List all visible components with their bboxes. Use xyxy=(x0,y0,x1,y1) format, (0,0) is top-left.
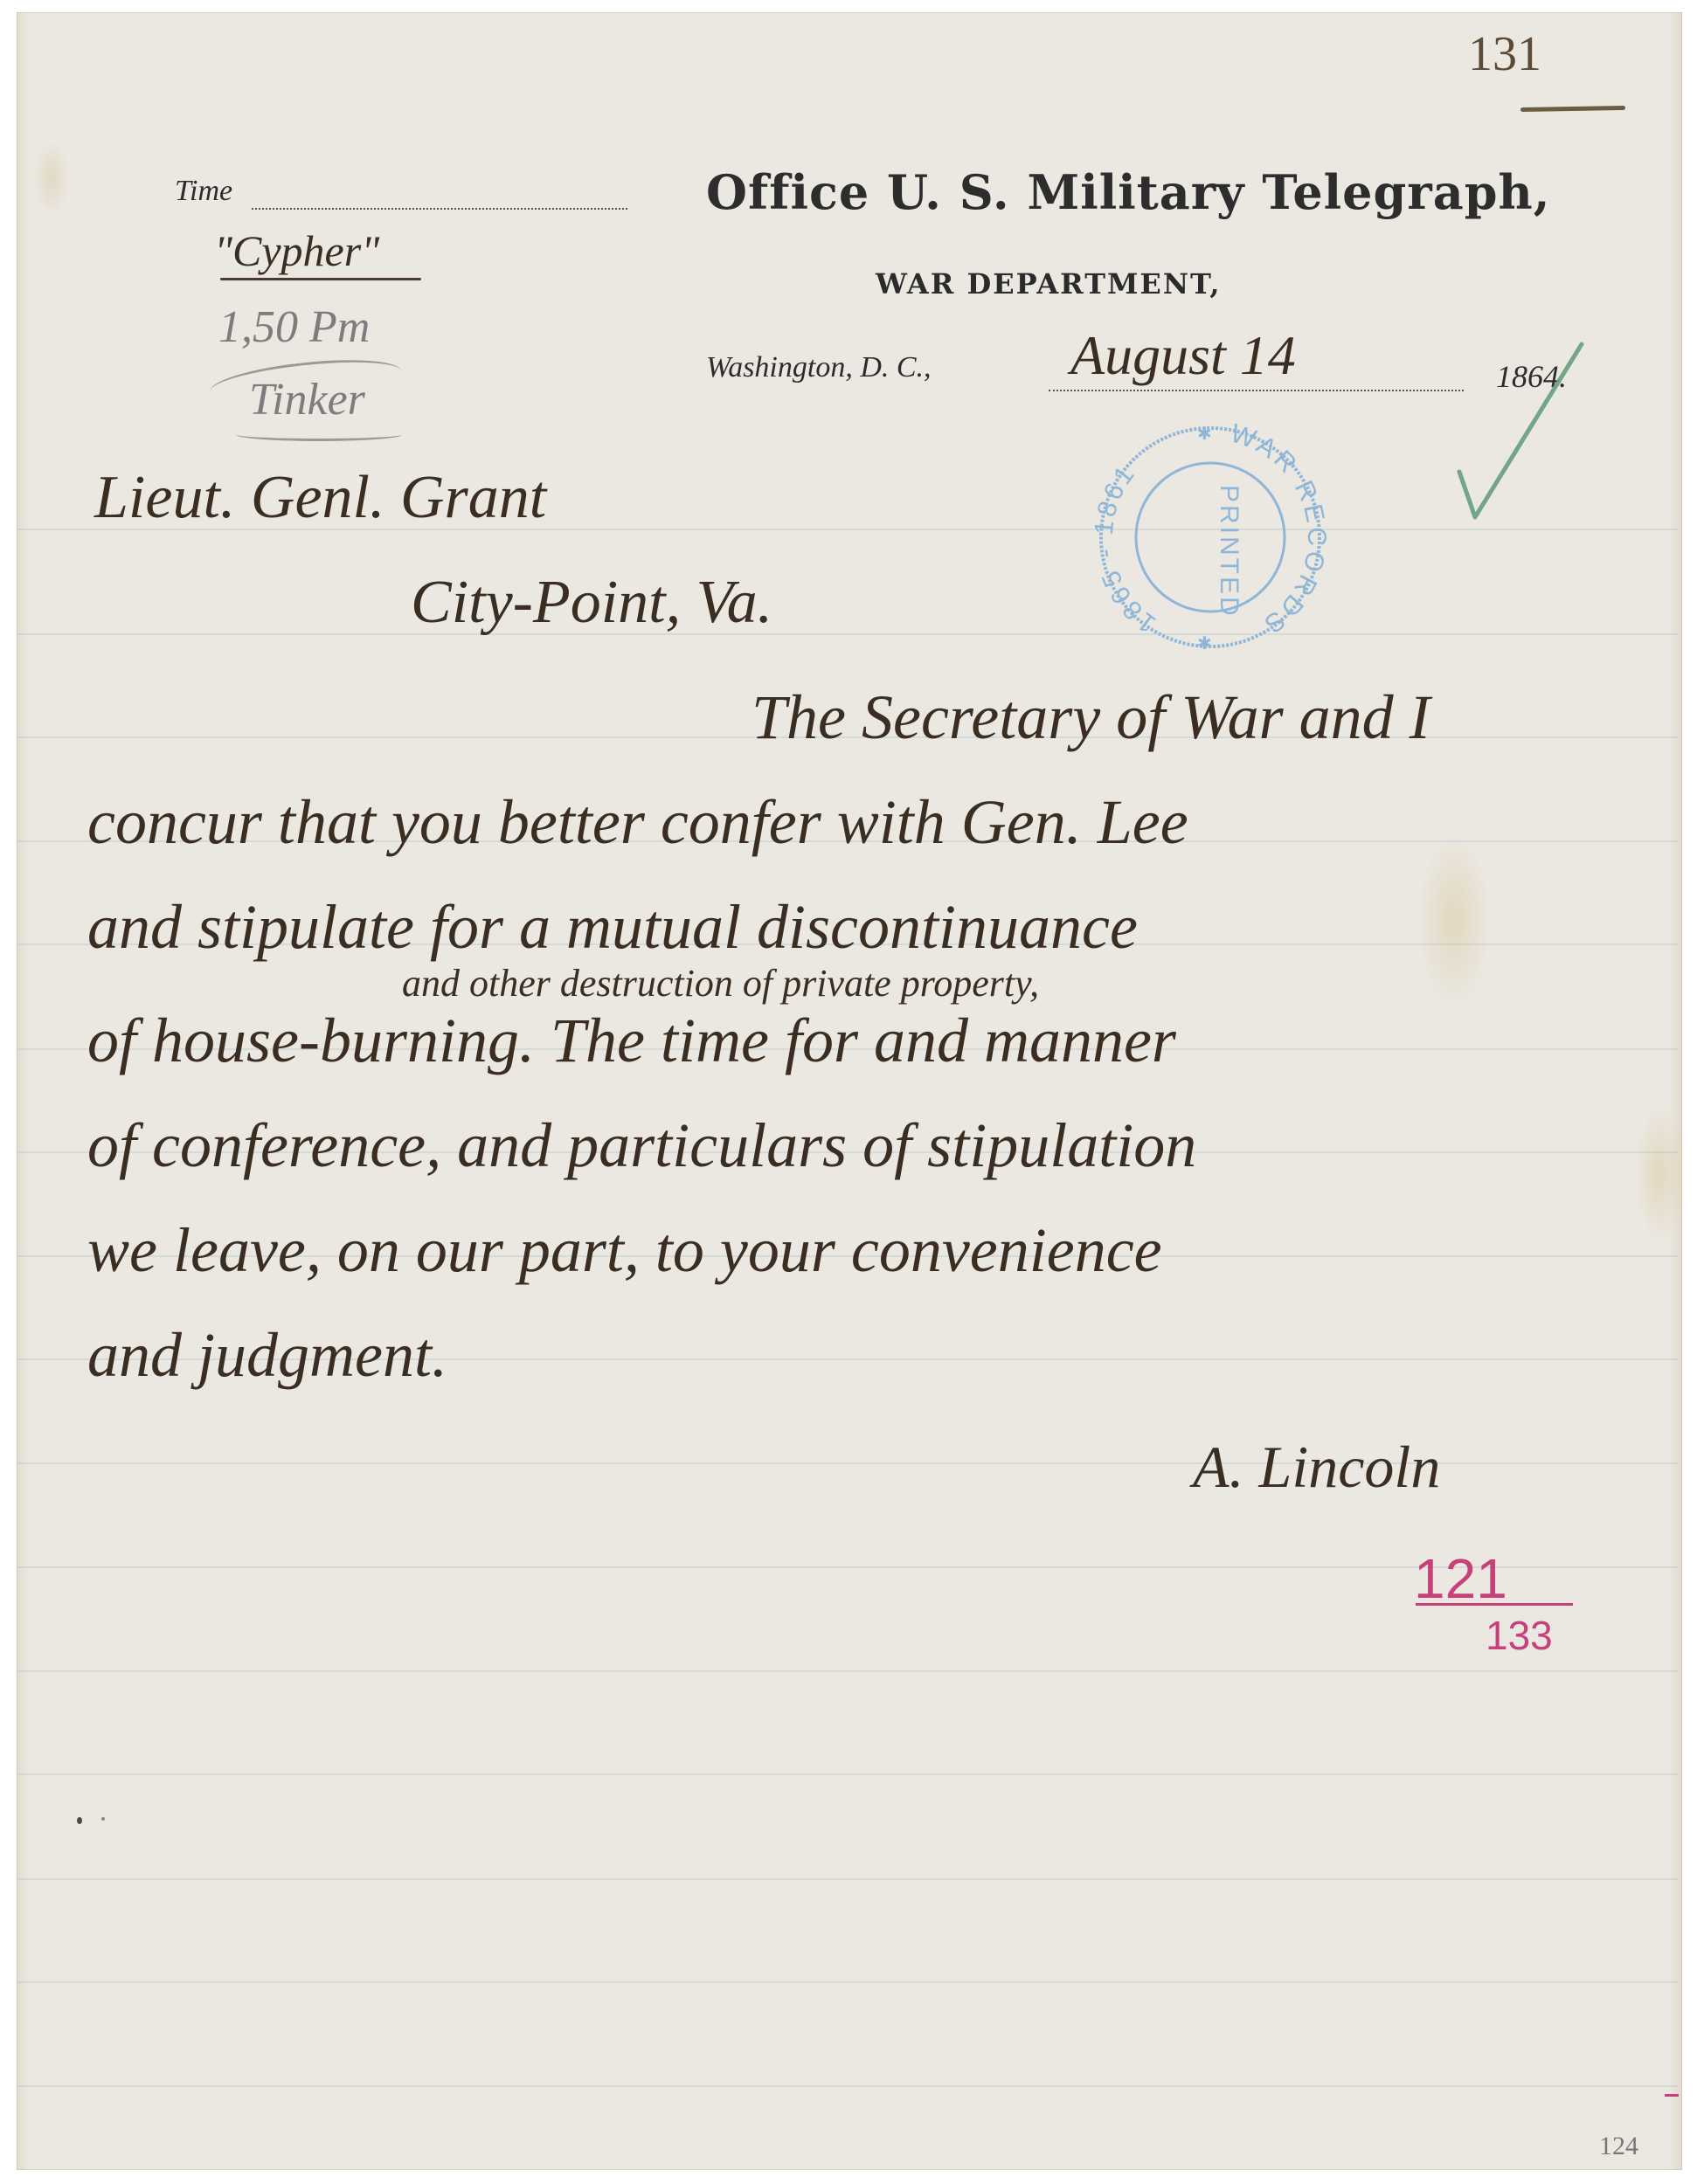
ink-speck xyxy=(101,1817,105,1821)
signature: A. Lincoln xyxy=(1193,1433,1440,1502)
ruled-line xyxy=(17,2085,1678,2087)
cypher-underline xyxy=(220,278,421,280)
body-line-2: concur that you better confer with Gen. … xyxy=(87,786,1188,859)
place-label: Washington, D. C., xyxy=(706,351,932,384)
svg-text:PRINTED: PRINTED xyxy=(1215,485,1243,619)
operator-bracket-bottom xyxy=(236,428,402,441)
interlinear-insertion: and other destruction of private propert… xyxy=(402,961,1039,1006)
letterhead-title: Office U. S. Military Telegraph, xyxy=(706,164,1551,220)
letterhead-department: WAR DEPARTMENT, xyxy=(876,267,1222,301)
svg-text:1865 - 1861: 1865 - 1861 xyxy=(1090,459,1161,638)
red-folio-denominator: 133 xyxy=(1486,1612,1553,1659)
ruled-line xyxy=(17,1773,1678,1775)
pencil-folio-bottom: 124 xyxy=(1599,2132,1638,2161)
ruled-line xyxy=(17,1670,1678,1672)
ruled-line xyxy=(17,633,1678,635)
operator-name-pencil: Tinker xyxy=(249,374,365,425)
body-line-6: we leave, on our part, to your convenien… xyxy=(87,1214,1162,1287)
war-records-stamp: WAR RECORDS 1865 - 1861 PRINTED ✱ ✱ xyxy=(1088,424,1333,651)
ruled-line xyxy=(17,1878,1678,1880)
svg-text:✱: ✱ xyxy=(1197,424,1212,444)
cypher-annotation: "Cypher" xyxy=(214,225,379,276)
body-line-5: of conference, and particulars of stipul… xyxy=(87,1109,1196,1182)
body-line-7: and judgment. xyxy=(87,1319,447,1392)
time-label: Time xyxy=(175,175,232,208)
body-line-1: The Secretary of War and I xyxy=(752,681,1430,754)
date-handwritten: August 14 xyxy=(1070,323,1296,388)
body-line-4: of house-burning. The time for and manne… xyxy=(87,1005,1176,1077)
addressee-location: City-Point, Va. xyxy=(411,568,772,638)
red-folio-numerator: 121 xyxy=(1414,1546,1507,1611)
ink-speck xyxy=(77,1817,82,1824)
ruled-line xyxy=(17,1981,1678,1983)
date-dotted-line xyxy=(1049,390,1464,391)
red-fraction-line xyxy=(1416,1603,1573,1606)
checkmark-icon xyxy=(1451,341,1590,524)
body-line-3: and stipulate for a mutual discontinuanc… xyxy=(87,891,1138,964)
svg-text:✱: ✱ xyxy=(1197,632,1212,651)
folio-number-top: 131 xyxy=(1468,26,1541,82)
red-tick-mark xyxy=(1665,2094,1679,2097)
time-sent-pencil: 1,50 Pm xyxy=(218,301,370,353)
salutation: Lieut. Genl. Grant xyxy=(94,463,546,533)
time-dotted-line xyxy=(252,208,627,210)
